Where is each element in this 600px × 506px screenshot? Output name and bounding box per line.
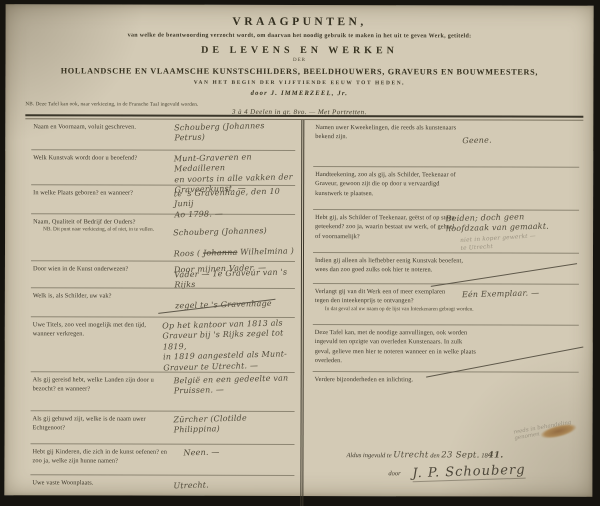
row-kinderen: Hebt gij Kinderen, die zich in de kunst … (30, 444, 294, 476)
answer-text: Eén Exemplaar. — (462, 287, 595, 301)
work-title-line3: VAN HET BEGIN DER VIJFTIENDE EEUW TOT HE… (5, 79, 593, 87)
answer-text: België en een gedeelte van Pruissen. — (173, 373, 295, 397)
answer-text: Utrecht. (173, 478, 295, 491)
question-label: Namen uwer Kweekelingen, die reeds als k… (315, 123, 459, 142)
row-onderwezen: Door wien in de Kunst onderwezen? Door m… (31, 261, 295, 289)
answer-text: Beiden; doch geen hoofdzaak van gemaakt.… (446, 211, 580, 251)
question-label: Handteekening, zoo als gij, als Schilder… (315, 170, 459, 199)
struck-word: Johanna (203, 248, 238, 258)
work-title-der: DER (5, 57, 593, 64)
answer-text: Schouberg (Johannes Petrus) (174, 120, 296, 144)
row-geboren: In welke Plaats geboren? en wanneer? te … (31, 185, 295, 215)
page-title: VRAAGPUNTEN, (6, 15, 594, 29)
work-title-line2: HOLLANDSCHE EN VLAAMSCHE KUNSTSCHILDERS,… (5, 66, 593, 77)
answer-line: Beiden; doch geen hoofdzaak van gemaakt. (446, 212, 549, 233)
filled-place-handwriting: Utrecht (393, 450, 428, 460)
row-name: Naam en Voornaam, voluit geschreven. Sch… (31, 119, 295, 151)
paper-sheet: VRAAGPUNTEN, van welke de beantwoording … (4, 4, 593, 497)
row-kweekelingen: Namen uwer Kweekelingen, die reeds als k… (313, 120, 579, 168)
filled-prefix-label: Aldus ingevuld te (346, 452, 391, 459)
document-header: VRAAGPUNTEN, van welke de beantwoording … (5, 4, 593, 113)
question-label: Hebt gij Kinderen, die zich in de kunst … (32, 447, 175, 466)
row-liefhebber: Indien gij alleen als liefhebber eenig K… (313, 253, 579, 285)
signature-line: door J. P. Schouberg (388, 464, 525, 480)
question-nb-note: In dat geval zal uw naam op de lijst van… (315, 306, 482, 314)
answer-text: Op het kantoor van 1813 als Graveur bij … (162, 318, 295, 373)
question-label: Indien gij alleen als liefhebber eenig K… (315, 256, 467, 275)
scanned-document: VRAAGPUNTEN, van welke de beantwoording … (0, 0, 600, 506)
question-label: Uwe Titels, zoo veel mogelijk met den ti… (33, 320, 158, 339)
row-gereisd: Als gij gereisd hebt, welke Landen zijn … (31, 372, 295, 412)
question-label: Welk Kunstvak wordt door u beoefend? (33, 153, 176, 163)
nb-language-note: NB. Deze Tafel kan ook, naar verkiezing,… (25, 101, 198, 107)
question-label: Deze Tafel kan, met de noodige aanvullin… (315, 328, 478, 366)
door-label: door (388, 470, 400, 477)
filled-in-line: Aldus ingevuld te Utrecht den 23 Sept. 1… (346, 450, 503, 460)
question-label: Verlangt gij van dit Werk een of meer ex… (315, 287, 459, 306)
row-overleden: Deze Tafel kan, met de noodige aanvullin… (313, 325, 579, 373)
row-ouders: Naam, Qualiteit of Bedrijf der Ouders? N… (31, 214, 295, 262)
form-body: Naam en Voornaam, voluit geschreven. Sch… (24, 119, 583, 506)
answer-text: Zürcher (Clotilde Philippina) (173, 412, 295, 436)
answer-text: Neen. — (183, 445, 305, 458)
row-kunstvak: Welk Kunstvak wordt door u beoefend? Mun… (31, 150, 295, 186)
row-gehuwd: Als gij gehuwd zijt, welke is de naam uw… (30, 411, 294, 445)
question-label: Naam en Voornaam, voluit geschreven. (33, 122, 176, 132)
author-line: door J. IMMERZEEL, Jr. (5, 89, 593, 98)
question-label: Door wien in de Kunst onderwezen? (33, 264, 176, 274)
question-label: Hebt gij, als Schilder of Teekenaar, geë… (315, 213, 459, 242)
right-column: Namen uwer Kweekelingen, die reeds als k… (300, 120, 583, 506)
answer-line-part: Wilhelmina ) (237, 246, 294, 256)
left-column: Naam en Voornaam, voluit geschreven. Sch… (24, 119, 301, 506)
row-woonplaats: Uwe vaste Woonplaats. Utrecht. (30, 475, 294, 506)
filled-date-handwriting: 23 Sept. (441, 450, 479, 460)
work-title: DE LEVENS EN WERKEN (6, 44, 594, 57)
answer-text: Door mijnen Vader. — (173, 262, 295, 275)
answer-text: Geene. (462, 133, 595, 147)
den-label: den (430, 452, 439, 459)
header-meta-row: NB. Deze Tafel kan ook, naar verkiezing,… (5, 100, 593, 113)
question-label: Als gij gereisd hebt, welke Landen zijn … (33, 375, 176, 394)
question-label: Welk is, als Schilder, uw vak? (33, 291, 176, 301)
row-bijzonderheden: Verdere bijzonderheden en inlichting. (313, 372, 579, 391)
question-label: In welke Plaats geboren? en wanneer? (33, 188, 176, 198)
row-exemplaren: Verlangt gij van dit Werk een of meer ex… (313, 284, 579, 326)
row-handteekening: Handteekening, zoo als gij, als Schilder… (313, 167, 579, 211)
row-geetst: Hebt gij, als Schilder of Teekenaar, geë… (313, 210, 579, 254)
answer-line: Schouberg (Johannes) (173, 226, 267, 237)
pencil-annotation: niet in koper gewerkt — te Utrecht (460, 231, 580, 253)
edition-note: 3 à 4 Deelen in gr. 8vo. — Met Portrette… (232, 108, 367, 116)
header-subtitle: van welke de beantwoording verzocht word… (6, 32, 594, 40)
completion-block: reeds in behandeling genomen Aldus ingev… (312, 390, 578, 506)
answer-line-part: Roos ( (173, 249, 203, 259)
question-label: Verdere bijzonderheden en inlichting. (315, 375, 525, 385)
signature-handwriting: J. P. Schouberg (412, 463, 526, 483)
question-label: Als gij gehuwd zijt, welke is de naam uw… (33, 414, 176, 433)
question-label: Uwe vaste Woonplaats. (32, 478, 175, 488)
year-handwriting: 41. (488, 450, 504, 460)
row-schilder-vak: Welk is, als Schilder, uw vak? (31, 288, 295, 318)
row-titels: Uwe Titels, zoo veel mogelijk met den ti… (31, 317, 295, 373)
blank-answer-stroke (158, 299, 275, 314)
